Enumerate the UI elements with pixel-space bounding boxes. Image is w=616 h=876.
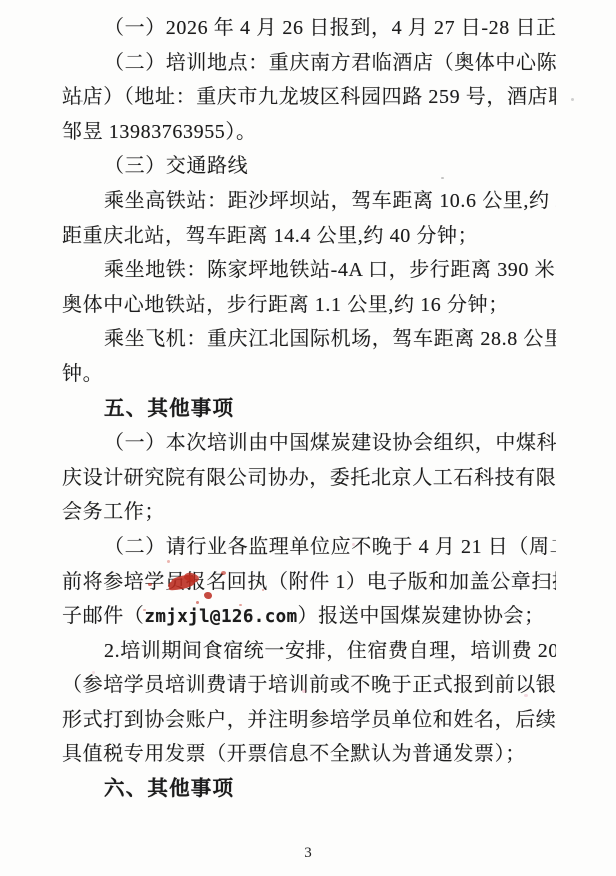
text-segment: ）报送中国煤炭建协协会； [298,605,545,627]
text-line: 形式打到协会账户，并注明参培学员单位和姓名，后续由协会开 [62,703,556,738]
document-lines: （一）2026 年 4 月 26 日报到，4 月 27 日-28 日正式培训。（… [62,11,556,807]
text-line: 乘坐高铁站：距沙坪坝站，驾车距离 10.6 公里,约 27 分钟； [62,184,556,219]
red-ink-speck [167,560,170,563]
text-line: （二）培训地点：重庆南方君临酒店（奥体中心陈家坪地铁 [62,46,556,81]
text-line: 乘坐飞机：重庆江北国际机场，驾车距离 28.8 公里,约 39 分 [62,322,556,357]
scan-speck [571,98,574,101]
red-ink-speck [148,583,152,586]
section-heading: 五、其他事项 [62,392,556,427]
text-line: （参培学员培训费请于培训前或不晚于正式报到前以银行转账 [62,668,556,703]
text-line: 具值税专用发票（开票信息不全默认为普通发票）； [62,737,556,772]
text-line: 2.培训期间食宿统一安排，住宿费自理，培训费 2000 元/人； [62,634,556,669]
scan-speck [441,177,444,179]
text-line: （一）本次培训由中国煤炭建设协会组织，中煤科工集团重 [62,426,556,461]
page-number: 3 [0,845,616,862]
text-line: 钟。 [62,357,556,392]
text-line: 会务工作； [62,495,556,530]
email-address: zmjxjl@126.com [144,607,297,627]
text-line: 庆设计研究院有限公司协办，委托北京人工石科技有限公司负责 [62,461,556,496]
text-line: （三）交通路线 [62,149,556,184]
red-ink-stain [204,592,212,599]
red-ink-speck [221,571,226,575]
text-line: （一）2026 年 4 月 26 日报到，4 月 27 日-28 日正式培训。 [62,11,556,46]
red-ink-speck [143,609,146,611]
red-ink-speck [239,604,242,606]
scan-speck [78,100,83,102]
scanned-document-page: （一）2026 年 4 月 26 日报到，4 月 27 日-28 日正式培训。（… [0,0,616,876]
section-heading: 六、其他事项 [62,772,556,807]
scan-speck [524,694,528,697]
text-line: （二）请行业各监理单位应不晚于 4 月 21 日（周二 17:00） [62,530,556,565]
scan-speck [302,689,306,693]
scan-speck [92,671,95,674]
text-line: 距重庆北站，驾车距离 14.4 公里,约 40 分钟； [62,219,556,254]
text-line: 前将参培学员报名回执（附件 1）电子版和加盖公章扫描件以电 [62,565,556,600]
text-line: 子邮件（zmjxjl@126.com）报送中国煤炭建协协会； [62,599,556,634]
text-segment: 子邮件（ [62,605,144,627]
text-line: 乘坐地铁：陈家坪地铁站-4A 口，步行距离 390 米,约 6 分钟 [62,253,556,288]
text-line: 奥体中心地铁站，步行距离 1.1 公里,约 16 分钟； [62,288,556,323]
text-line: 邹昱 13983763955）。 [62,115,556,150]
scan-speck [352,543,355,546]
red-ink-speck [262,589,264,591]
red-ink-speck [196,601,199,604]
text-line: 站店）（地址：重庆市九龙坡区科园四路 259 号，酒店联系人： [62,80,556,115]
